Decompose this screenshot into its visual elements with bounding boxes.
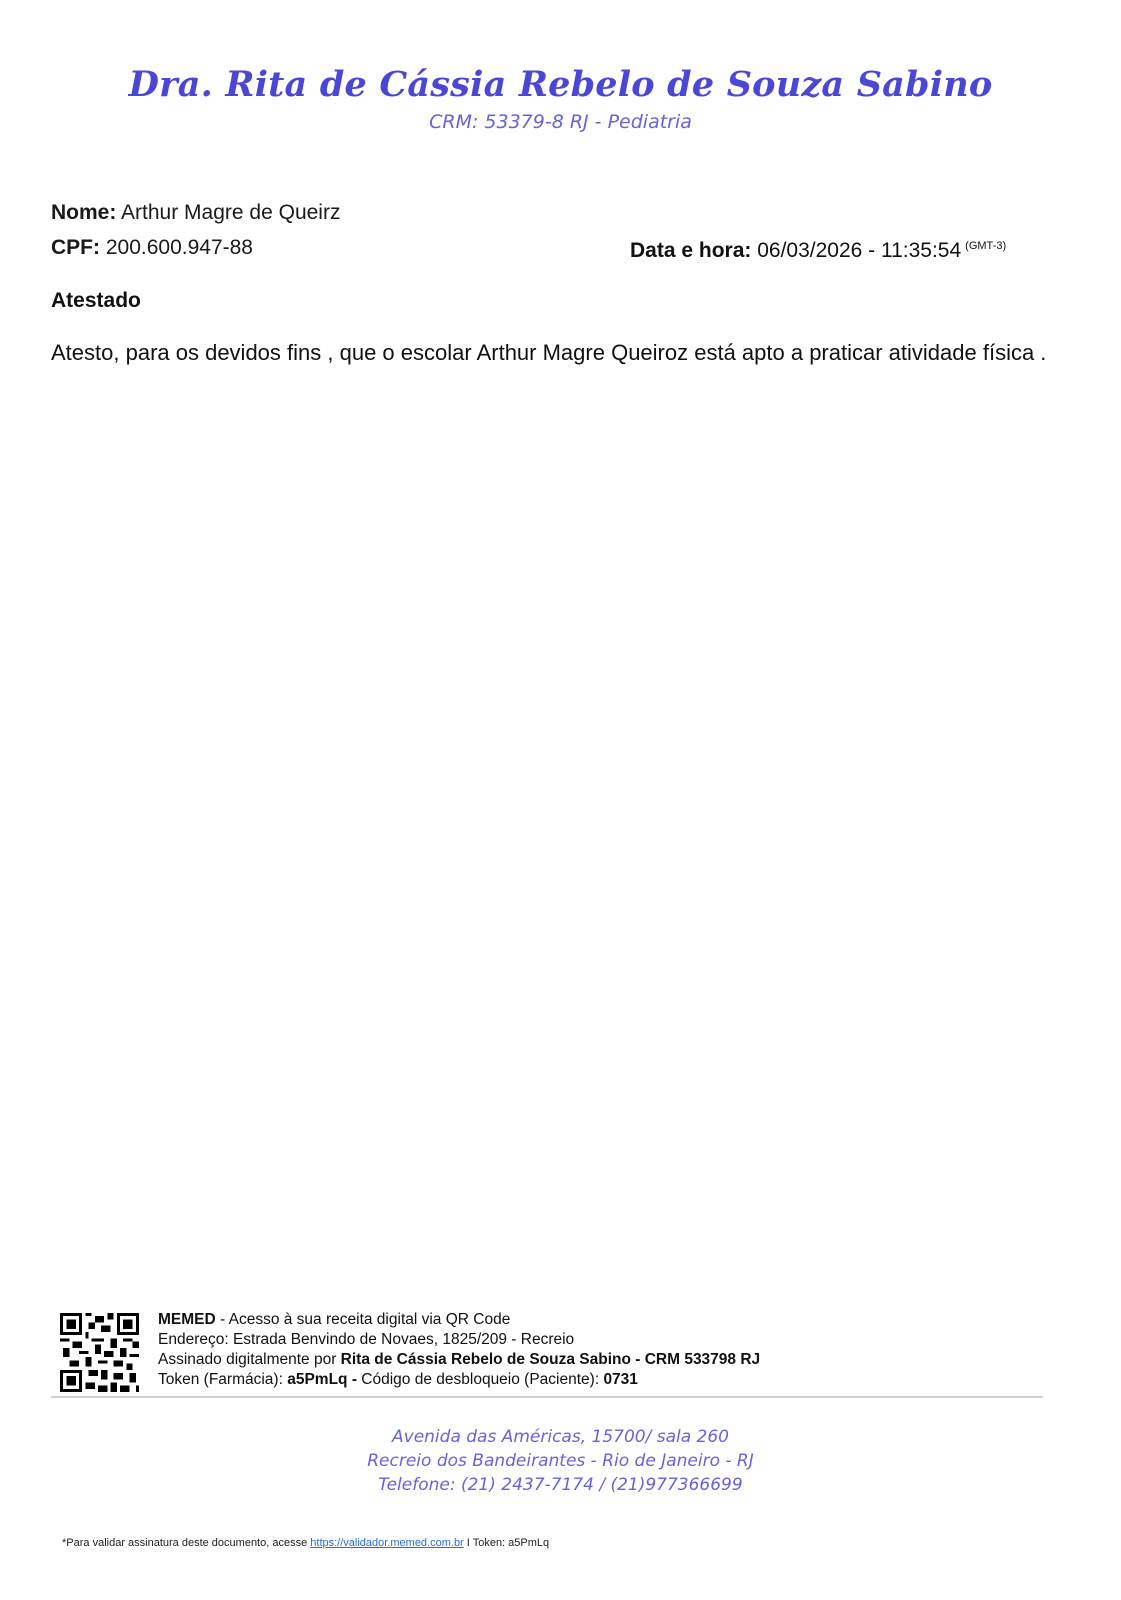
memed-brand: MEMED	[158, 1311, 216, 1328]
validation-suffix: I Token: a5PmLq	[464, 1537, 549, 1549]
footer-divider	[51, 1396, 1043, 1398]
pharmacy-token: a5PmLq	[287, 1371, 347, 1388]
clinic-address-line1: Avenida das Américas, 15700/ sala 260	[0, 1425, 1121, 1449]
memed-line: MEMED - Acesso à sua receita digital via…	[158, 1310, 760, 1330]
patient-name-label: Nome:	[51, 201, 116, 224]
token-label: Token (Farmácia):	[158, 1371, 287, 1388]
issue-datetime: Data e hora: 06/03/2026 - 11:35:54(GMT-3…	[630, 239, 1006, 263]
datetime-value: 06/03/2026 - 11:35:54	[757, 239, 961, 262]
validation-note: *Para validar assinatura deste documento…	[62, 1537, 549, 1549]
qr-code-icon[interactable]	[60, 1313, 139, 1392]
patient-cpf: CPF: 200.600.947-88	[51, 236, 253, 260]
clinic-phone: Telefone: (21) 2437-7174 / (21)977366699	[0, 1473, 1121, 1497]
validator-link[interactable]: https://validador.memed.com.br	[310, 1537, 463, 1549]
clinic-address: Avenida das Américas, 15700/ sala 260 Re…	[0, 1425, 1121, 1497]
signer-address: Endereço: Estrada Benvindo de Novaes, 18…	[158, 1330, 760, 1350]
patient-cpf-label: CPF:	[51, 236, 100, 259]
doctor-name: Dra. Rita de Cássia Rebelo de Souza Sabi…	[0, 64, 1121, 105]
memed-desc: - Acesso à sua receita digital via QR Co…	[216, 1311, 511, 1328]
timezone: (GMT-3)	[965, 240, 1006, 252]
doctor-credentials: CRM: 53379-8 RJ - Pediatria	[0, 111, 1121, 133]
signed-by-line: Assinado digitalmente por Rita de Cássia…	[158, 1350, 760, 1370]
document-body: Atesto, para os devidos fins , que o esc…	[51, 339, 1051, 366]
patient-cpf-value: 200.600.947-88	[106, 236, 253, 259]
digital-signature-info: MEMED - Acesso à sua receita digital via…	[158, 1310, 760, 1390]
patient-name-value: Arthur Magre de Queirz	[121, 201, 340, 224]
token-separator: -	[348, 1371, 362, 1388]
patient-name: Nome: Arthur Magre de Queirz	[51, 201, 340, 225]
signer-name: Rita de Cássia Rebelo de Souza Sabino - …	[341, 1351, 761, 1368]
document-heading: Atestado	[51, 289, 141, 313]
datetime-label: Data e hora:	[630, 239, 751, 262]
signed-by-label: Assinado digitalmente por	[158, 1351, 341, 1368]
validation-prefix: *Para validar assinatura deste documento…	[62, 1537, 310, 1549]
clinic-address-line2: Recreio dos Bandeirantes - Rio de Janeir…	[0, 1449, 1121, 1473]
unlock-code-label: Código de desbloqueio (Paciente):	[361, 1371, 603, 1388]
token-line: Token (Farmácia): a5PmLq - Código de des…	[158, 1370, 760, 1390]
unlock-code: 0731	[603, 1371, 637, 1388]
